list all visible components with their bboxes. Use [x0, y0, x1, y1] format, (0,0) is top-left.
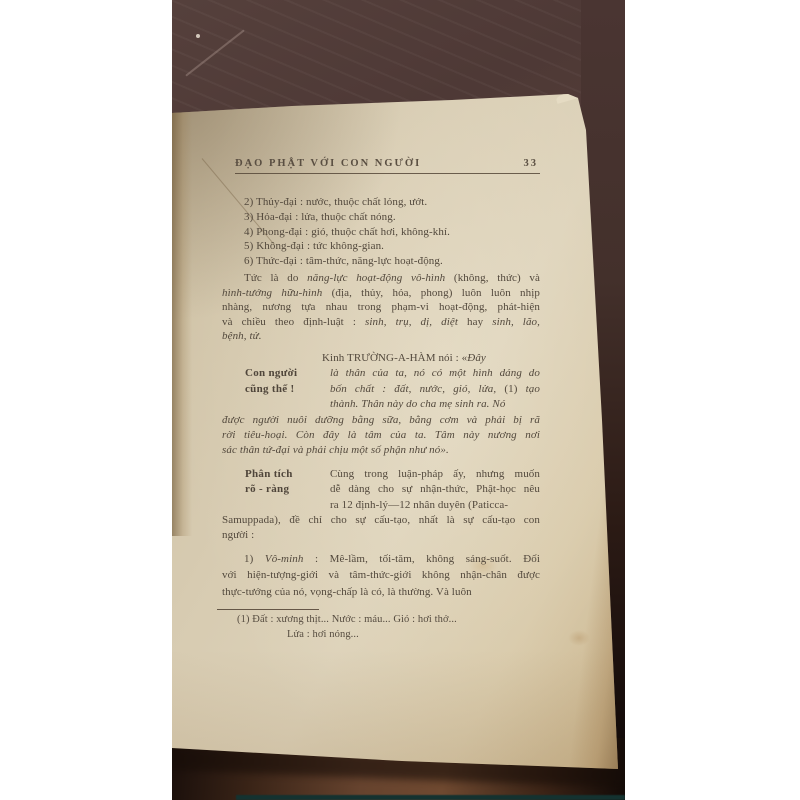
- quote-line: rời tiêu-hoại. Còn đây là tâm của ta. Tâ…: [222, 428, 540, 443]
- paragraph-elements-interplay: Tức là do năng-lực hoạt-động vô-hình (kh…: [222, 271, 540, 344]
- page-number: 33: [524, 157, 539, 171]
- margin-note-cung-the: cũng thế !: [222, 382, 330, 397]
- margin-note-row: Phân tích Cùng trong luận-pháp ấy, nhưng…: [222, 467, 540, 482]
- analysis-line: Samuppada), đề chỉ cho sự cấu-tạo, nhất …: [222, 513, 540, 528]
- margin-note-row: cũng thế ! bốn chất : đất, nước, gió, lử…: [222, 382, 540, 397]
- six-elements-list: 2) Thủy-đại : nước, thuộc chất lỏng, ướt…: [222, 195, 540, 269]
- quote-line: được người nuôi dưỡng bằng sữa, bằng cơm…: [222, 413, 540, 428]
- phan-tich-section: Phân tích Cùng trong luận-pháp ấy, nhưng…: [222, 467, 540, 544]
- text-line: 1) Vô-minh : Mê-lầm, tối-tăm, không sáng…: [222, 551, 540, 568]
- page-title: ĐẠO PHẬT VỚI CON NGƯỜI: [235, 157, 421, 171]
- printed-text-block: ĐẠO PHẬT VỚI CON NGƯỜI 33 2) Thủy-đại : …: [222, 157, 540, 642]
- list-item: 4) Phong-đại : gió, thuộc chất hơi, khôn…: [222, 225, 540, 240]
- text-line: và chiều theo định-luật : sinh, trụ, dị,…: [222, 315, 540, 330]
- page-gutter-edge: [172, 96, 192, 536]
- footnote-line: Lửa : hơi nóng...: [287, 628, 540, 643]
- screenshot-canvas: ĐẠO PHẬT VỚI CON NGƯỜI 33 2) Thủy-đại : …: [0, 0, 800, 800]
- list-item: 6) Thức-đại : tâm-thức, năng-lực hoạt-độ…: [222, 254, 540, 269]
- book-page: ĐẠO PHẬT VỚI CON NGƯỜI 33 2) Thủy-đại : …: [172, 0, 625, 800]
- text-line: bệnh, tử.: [222, 329, 540, 344]
- list-item: 3) Hỏa-đại : lửa, thuộc chất nóng.: [222, 210, 540, 225]
- margin-note-ro-rang: rõ - ràng: [222, 482, 330, 497]
- table-edge-strip: [236, 795, 625, 800]
- truong-a-ham-quote-section: Kinh TRƯỜNG-A-HÀM nói : «Đây Con người l…: [222, 351, 540, 459]
- text-line: hình-tướng hữu-hình (địa, thủy, hỏa, pho…: [222, 286, 540, 301]
- quote-line: thành. Thân này do cha mẹ sinh ra. Nó: [330, 397, 540, 412]
- analysis-line: dễ dàng cho sự nhận-thức, Phật-học nêu: [330, 482, 540, 497]
- margin-note-row: Con người là thân của ta, nó có một hình…: [222, 366, 540, 381]
- text-line: nhàng, nương tựa nhau trong phạm-vi hoạt…: [222, 300, 540, 315]
- list-item: 5) Không-đại : tức không-gian.: [222, 239, 540, 254]
- analysis-line: ra 12 định-lý—12 nhân duyên (Paticca-: [330, 498, 540, 513]
- footnote-line: (1) Đất : xương thịt... Nước : máu... Gi…: [222, 613, 540, 628]
- book-photo: ĐẠO PHẬT VỚI CON NGƯỜI 33 2) Thủy-đại : …: [172, 0, 625, 800]
- footnote: (1) Đất : xương thịt... Nước : máu... Gi…: [222, 613, 540, 642]
- margin-note-phan-tich: Phân tích: [222, 467, 330, 482]
- quote-line: bốn chất : đất, nước, gió, lửa, (1) tạo: [330, 382, 540, 397]
- text-line: với hiện-tượng-giới và tâm-thức-giới khô…: [222, 567, 540, 584]
- quote-line: sác thân tứ-đại và phải chịu một số phận…: [222, 443, 540, 458]
- running-header: ĐẠO PHẬT VỚI CON NGƯỜI 33: [222, 157, 540, 171]
- margin-note-con-nguoi: Con người: [222, 366, 330, 381]
- quote-intro-line: Kinh TRƯỜNG-A-HÀM nói : «Đây: [322, 351, 540, 366]
- text-line: thực-tướng của nó, vọng-chấp là có, là t…: [222, 584, 540, 601]
- table-dust-speck: [196, 34, 200, 38]
- text-line: Tức là do năng-lực hoạt-động vô-hình (kh…: [222, 271, 540, 286]
- analysis-line: người :: [222, 528, 540, 543]
- list-item: 2) Thủy-đại : nước, thuộc chất lỏng, ướt…: [222, 195, 540, 210]
- quote-line: là thân của ta, nó có một hình dáng do: [330, 366, 540, 381]
- header-rule: [235, 173, 540, 174]
- paper-stain: [568, 630, 590, 646]
- margin-note-row: rõ - ràng dễ dàng cho sự nhận-thức, Phật…: [222, 482, 540, 497]
- analysis-line: Cùng trong luận-pháp ấy, nhưng muốn: [330, 467, 540, 482]
- vo-minh-paragraph: 1) Vô-minh : Mê-lầm, tối-tăm, không sáng…: [222, 551, 540, 601]
- footnote-rule: [217, 609, 319, 610]
